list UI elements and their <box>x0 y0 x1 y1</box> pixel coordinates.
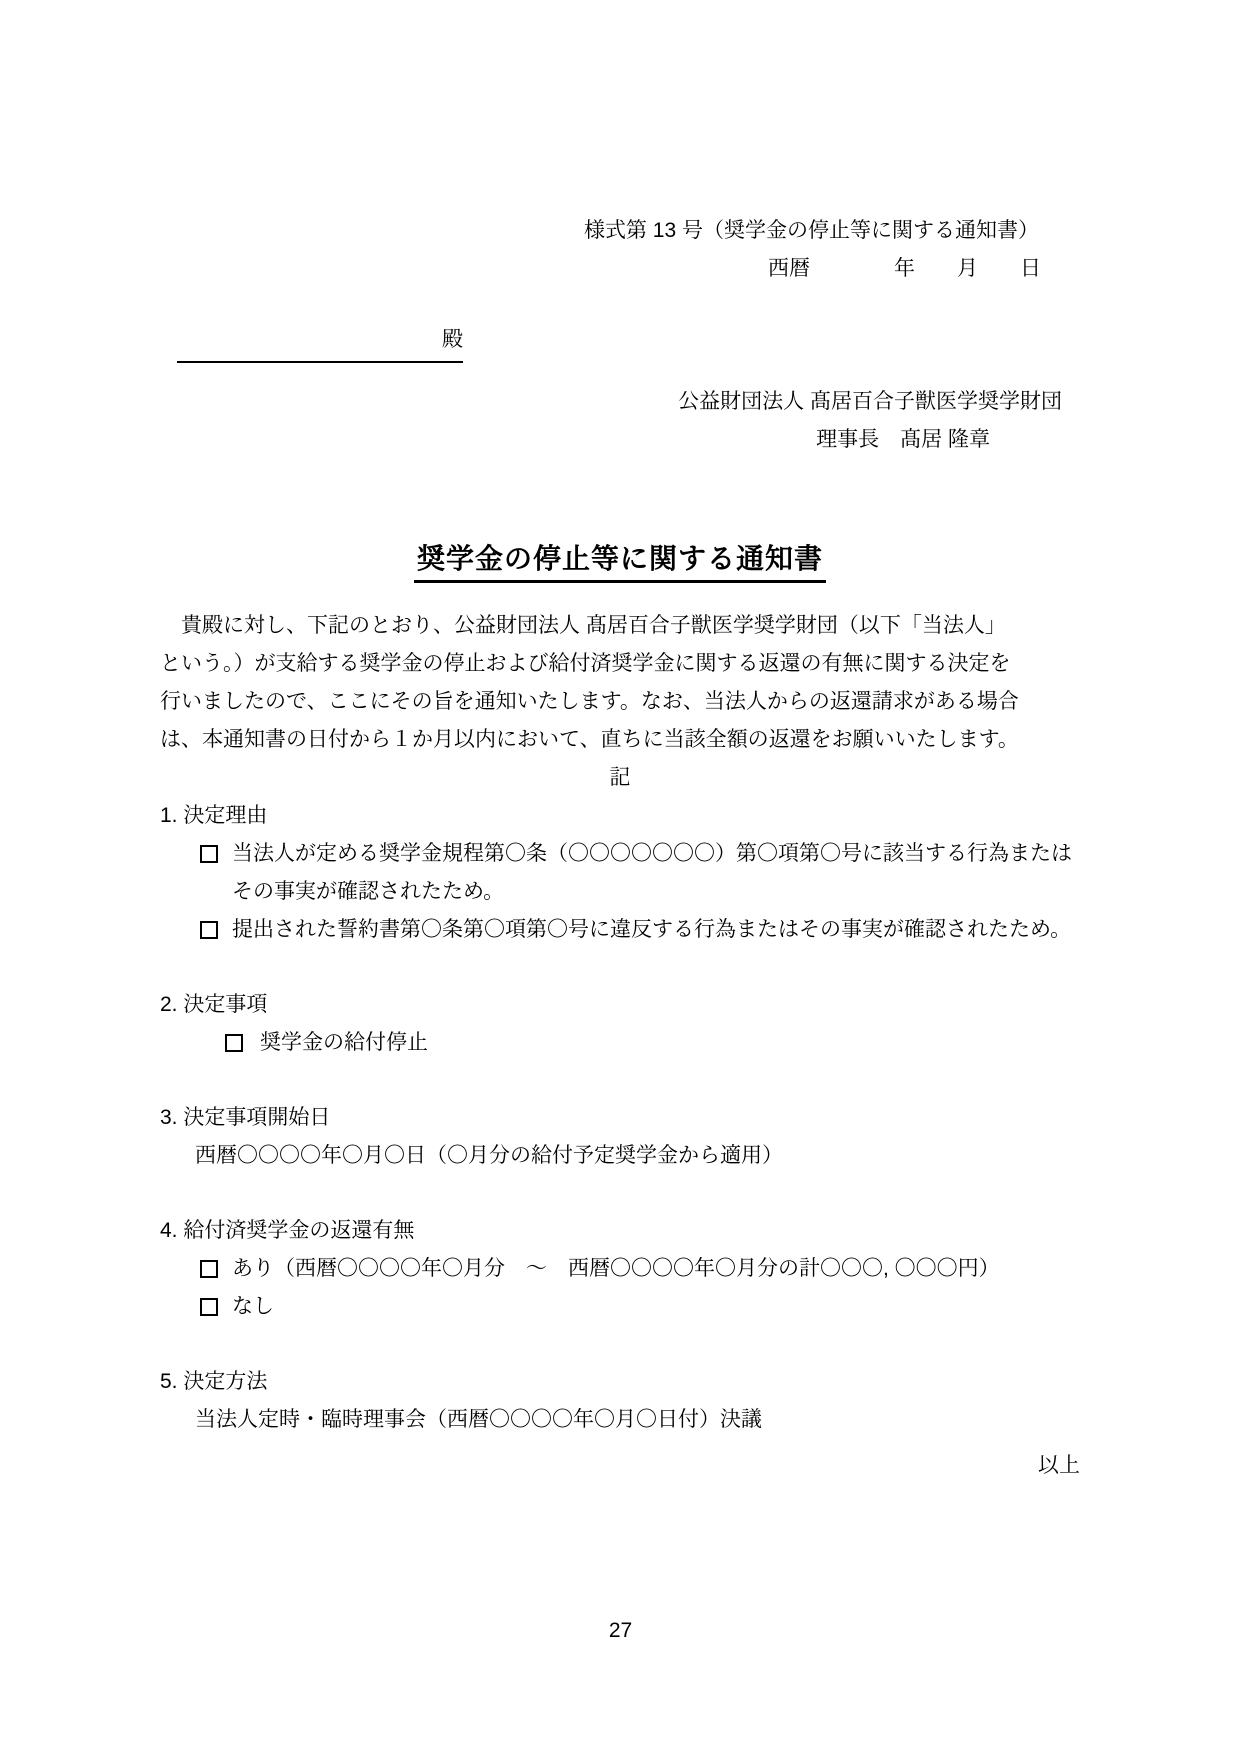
section-text: 西暦〇〇〇〇年〇月〇日（〇月分の給付予定奨学金から適用） <box>160 1137 1080 1175</box>
document-page: 様式第 13 号（奨学金の停止等に関する通知書） 西暦 年 月 日 殿 公益財団… <box>0 0 1241 1755</box>
record-marker: 記 <box>160 759 1080 797</box>
checkbox-icon[interactable] <box>200 845 218 863</box>
checkbox-icon[interactable] <box>200 1260 218 1278</box>
section-heading: 3. 決定事項開始日 <box>160 1099 1080 1137</box>
page-title: 奨学金の停止等に関する通知書 <box>414 539 826 583</box>
addressee-honorific: 殿 <box>442 328 463 351</box>
sender-organization: 公益財団法人 髙居百合子獣医学奨学財団 <box>160 383 1080 421</box>
body-line: という。）が支給する奨学金の停止および給付済奨学金に関する返還の有無に関する決定… <box>160 645 1080 683</box>
checkbox-label: 当法人が定める奨学金規程第〇条（〇〇〇〇〇〇〇）第〇項第〇号に該当する行為または… <box>232 842 1072 903</box>
section-refund-status: 4. 給付済奨学金の返還有無 あり（西暦〇〇〇〇年〇月分 ～ 西暦〇〇〇〇年〇月… <box>160 1212 1080 1326</box>
checkbox-item: 提出された誓約書第〇条第〇項第〇号に違反する行為またはその事実が確認されたため。 <box>160 911 1080 949</box>
checkbox-item: なし <box>160 1288 1080 1326</box>
body-paragraph: 貴殿に対し、下記のとおり、公益財団法人 髙居百合子獣医学奨学財団（以下「当法人」… <box>160 607 1080 759</box>
checkbox-icon[interactable] <box>200 1298 218 1316</box>
checkbox-label: あり（西暦〇〇〇〇年〇月分 ～ 西暦〇〇〇〇年〇月分の計〇〇〇, 〇〇〇円） <box>232 1257 1000 1280</box>
body-line: は、本通知書の日付から１か月以内において、直ちに当該全額の返還をお願いいたします… <box>160 721 1080 759</box>
checkbox-item: あり（西暦〇〇〇〇年〇月分 ～ 西暦〇〇〇〇年〇月分の計〇〇〇, 〇〇〇円） <box>160 1250 1080 1288</box>
section-start-date: 3. 決定事項開始日 西暦〇〇〇〇年〇月〇日（〇月分の給付予定奨学金から適用） <box>160 1099 1080 1175</box>
checkbox-icon[interactable] <box>200 921 218 939</box>
addressee-line: 殿 <box>160 321 1080 363</box>
form-number-line: 様式第 13 号（奨学金の停止等に関する通知書） <box>160 212 1080 250</box>
body-line: 行いましたので、ここにその旨を通知いたします。なお、当法人からの返還請求がある場… <box>160 683 1080 721</box>
section-heading: 1. 決定理由 <box>160 797 1080 835</box>
section-decision-matter: 2. 決定事項 奨学金の給付停止 <box>160 986 1080 1062</box>
checkbox-item: 当法人が定める奨学金規程第〇条（〇〇〇〇〇〇〇）第〇項第〇号に該当する行為または… <box>160 835 1080 911</box>
section-decision-method: 5. 決定方法 当法人定時・臨時理事会（西暦〇〇〇〇年〇月〇日付）決議 <box>160 1363 1080 1439</box>
checkbox-label: なし <box>232 1295 274 1318</box>
sender-representative: 理事長 髙居 隆章 <box>160 421 1080 459</box>
checkbox-item: 奨学金の給付停止 <box>160 1024 1080 1062</box>
date-line: 西暦 年 月 日 <box>160 250 1080 288</box>
checkbox-label: 提出された誓約書第〇条第〇項第〇号に違反する行為またはその事実が確認されたため。 <box>232 918 1071 941</box>
addressee-blank-field[interactable]: 殿 <box>177 321 463 363</box>
checkbox-icon[interactable] <box>225 1034 243 1052</box>
page-number: 27 <box>0 1612 1241 1650</box>
checkbox-label: 奨学金の給付停止 <box>260 1031 428 1054</box>
title-container: 奨学金の停止等に関する通知書 <box>160 539 1080 589</box>
body-line: 貴殿に対し、下記のとおり、公益財団法人 髙居百合子獣医学奨学財団（以下「当法人」 <box>160 607 1080 645</box>
closing-marker: 以上 <box>160 1447 1080 1485</box>
section-heading: 5. 決定方法 <box>160 1363 1080 1401</box>
section-decision-reason: 1. 決定理由 当法人が定める奨学金規程第〇条（〇〇〇〇〇〇〇）第〇項第〇号に該… <box>160 797 1080 949</box>
section-heading: 4. 給付済奨学金の返還有無 <box>160 1212 1080 1250</box>
section-heading: 2. 決定事項 <box>160 986 1080 1024</box>
section-text: 当法人定時・臨時理事会（西暦〇〇〇〇年〇月〇日付）決議 <box>160 1401 1080 1439</box>
